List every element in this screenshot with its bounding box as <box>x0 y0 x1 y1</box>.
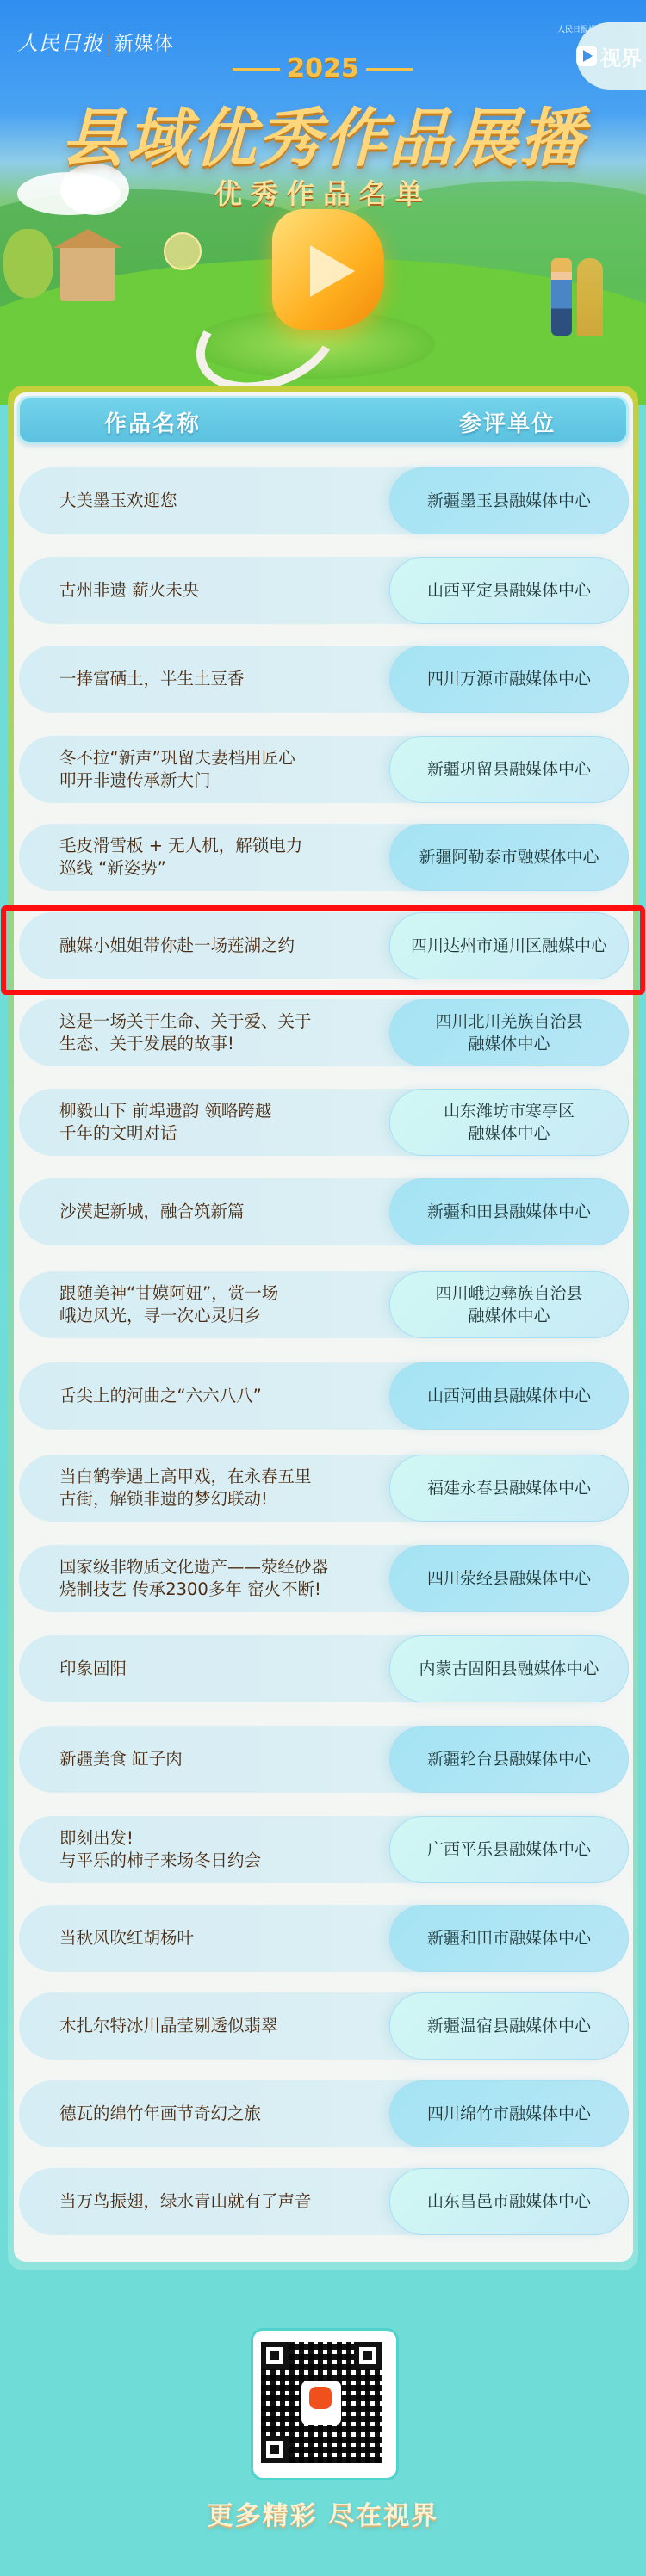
work-title: 古州非遗 薪火未央 <box>59 557 387 624</box>
work-unit: 四川北川羌族自治县 融媒体中心 <box>389 999 629 1066</box>
work-unit: 四川荥经县融媒体中心 <box>389 1545 629 1612</box>
work-unit: 内蒙古固阳县融媒体中心 <box>389 1635 629 1702</box>
work-unit: 新疆温宿县融媒体中心 <box>389 1992 629 2060</box>
work-unit: 山东昌邑市融媒体中心 <box>389 2168 629 2235</box>
table-row[interactable]: 木扎尔特冰川晶莹剔透似翡翠新疆温宿县融媒体中心 <box>19 1992 629 2060</box>
work-unit: 新疆和田市融媒体中心 <box>389 1905 629 1972</box>
table-row[interactable]: 当万鸟振翅，绿水青山就有了声音山东昌邑市融媒体中心 <box>19 2168 629 2235</box>
table-row[interactable]: 新疆美食 缸子肉新疆轮台县融媒体中心 <box>19 1726 629 1793</box>
work-title: 柳毅山下 前埠遗韵 领略跨越 千年的文明对话 <box>59 1089 387 1156</box>
work-unit: 四川绵竹市融媒体中心 <box>389 2080 629 2147</box>
work-title: 当秋风吹红胡杨叶 <box>59 1905 387 1972</box>
table-row[interactable]: 大美墨玉欢迎您新疆墨玉县融媒体中心 <box>19 467 629 534</box>
table-row[interactable]: 毛皮滑雪板 + 无人机，解锁电力 巡线 “新姿势”新疆阿勒泰市融媒体中心 <box>19 824 629 891</box>
work-unit: 四川万源市融媒体中心 <box>389 646 629 713</box>
work-unit: 山西河曲县融媒体中心 <box>389 1362 629 1430</box>
work-unit: 四川达州市通川区融媒中心 <box>389 912 629 979</box>
work-title: 国家级非物质文化遗产——荥经砂器 烧制技艺 传承2300多年 窑火不断! <box>59 1545 387 1612</box>
play-logo-icon <box>272 209 384 330</box>
table-row[interactable]: 古州非遗 薪火未央山西平定县融媒体中心 <box>19 557 629 624</box>
work-title: 大美墨玉欢迎您 <box>59 467 387 534</box>
hero-banner: 人民日报新媒体 视界 人民日报视频客户端 2025 县域优秀作品展播 优秀作品名… <box>0 0 646 405</box>
work-unit: 山东潍坊市寒亭区 融媒体中心 <box>389 1089 629 1156</box>
brand-sub: 新媒体 <box>115 34 174 55</box>
work-title: 木扎尔特冰川晶莹剔透似翡翠 <box>59 1992 387 2060</box>
work-unit: 新疆阿勒泰市融媒体中心 <box>389 824 629 891</box>
table-row[interactable]: 当白鹤拳遇上高甲戏，在永春五里 古街，解锁非遗的梦幻联动!福建永春县融媒体中心 <box>19 1455 629 1522</box>
work-title: 毛皮滑雪板 + 无人机，解锁电力 巡线 “新姿势” <box>59 824 387 891</box>
year-text: 2025 <box>287 53 359 83</box>
work-unit: 新疆轮台县融媒体中心 <box>389 1726 629 1793</box>
work-unit: 山西平定县融媒体中心 <box>389 557 629 624</box>
work-title: 沙漠起新城，融合筑新篇 <box>59 1178 387 1245</box>
qr-finder <box>261 2342 289 2369</box>
table-row-highlighted[interactable]: 融媒小姐姐带你赴一场莲湖之约四川达州市通川区融媒中心 <box>19 912 629 979</box>
qr-code[interactable] <box>261 2342 382 2463</box>
work-title: 融媒小姐姐带你赴一场莲湖之约 <box>59 912 387 979</box>
work-title: 新疆美食 缸子肉 <box>59 1726 387 1793</box>
column-header-title: 作品名称 <box>104 406 201 438</box>
work-title: 印象固阳 <box>59 1635 387 1702</box>
table-row[interactable]: 这是一场关于生命、关于爱、关于 生态、关于发展的故事!四川北川羌族自治县 融媒体… <box>19 999 629 1066</box>
granary-illustration <box>60 241 115 301</box>
work-unit: 福建永春县融媒体中心 <box>389 1455 629 1522</box>
column-header-unit: 参评单位 <box>459 406 556 438</box>
work-title: 冬不拉“新声”巩留夫妻档用匠心 叩开非遗传承新大门 <box>59 736 387 803</box>
table-row[interactable]: 柳毅山下 前埠遗韵 领略跨越 千年的文明对话山东潍坊市寒亭区 融媒体中心 <box>19 1089 629 1156</box>
divider <box>366 68 413 71</box>
table-row[interactable]: 即刻出发! 与平乐的柿子来场冬日约会广西平乐县融媒体中心 <box>19 1816 629 1883</box>
work-title: 当万鸟振翅，绿水青山就有了声音 <box>59 2168 387 2235</box>
work-unit: 四川峨边彝族自治县 融媒体中心 <box>389 1271 629 1338</box>
work-title: 跟随美神“甘嫫阿妞”，赏一场 峨边风光，寻一次心灵归乡 <box>59 1271 387 1338</box>
table-row[interactable]: 舌尖上的河曲之“六六八八”山西河曲县融媒体中心 <box>19 1362 629 1430</box>
work-title: 德瓦的绵竹年画节奇幻之旅 <box>59 2080 387 2147</box>
work-unit: 新疆巩留县融媒体中心 <box>389 736 629 803</box>
work-title: 一捧富硒土，半生土豆香 <box>59 646 387 713</box>
table-header: 作品名称 参评单位 <box>17 396 629 444</box>
table-row[interactable]: 冬不拉“新声”巩留夫妻档用匠心 叩开非遗传承新大门新疆巩留县融媒体中心 <box>19 736 629 803</box>
brand-logo-left: 人民日报新媒体 <box>17 26 174 56</box>
work-title: 舌尖上的河曲之“六六八八” <box>59 1362 387 1430</box>
table-row[interactable]: 沙漠起新城，融合筑新篇新疆和田县融媒体中心 <box>19 1178 629 1245</box>
page-title: 县域优秀作品展播 <box>0 88 646 179</box>
table-row[interactable]: 一捧富硒土，半生土豆香四川万源市融媒体中心 <box>19 646 629 713</box>
thumbs-up-icon <box>164 232 202 270</box>
work-unit: 新疆和田县融媒体中心 <box>389 1178 629 1245</box>
brand-logo-right: 视界 人民日报视频客户端 <box>557 22 627 34</box>
brand-name: 人民日报 <box>17 31 103 55</box>
year-label: 2025 <box>0 53 646 83</box>
farmer-illustration <box>551 258 572 336</box>
work-title: 当白鹤拳遇上高甲戏，在永春五里 古街，解锁非遗的梦幻联动! <box>59 1455 387 1522</box>
qr-finder <box>261 2436 289 2463</box>
table-row[interactable]: 跟随美神“甘嫫阿妞”，赏一场 峨边风光，寻一次心灵归乡四川峨边彝族自治县 融媒体… <box>19 1271 629 1338</box>
table-row[interactable]: 德瓦的绵竹年画节奇幻之旅四川绵竹市融媒体中心 <box>19 2080 629 2147</box>
work-title: 这是一场关于生命、关于爱、关于 生态、关于发展的故事! <box>59 999 387 1066</box>
footer-slogan: 更多精彩 尽在视界 <box>0 2494 646 2532</box>
table-row[interactable]: 印象固阳内蒙古固阳县融媒体中心 <box>19 1635 629 1702</box>
tree-illustration <box>3 229 53 298</box>
work-unit: 广西平乐县融媒体中心 <box>389 1816 629 1883</box>
table-row[interactable]: 国家级非物质文化遗产——荥经砂器 烧制技艺 传承2300多年 窑火不断!四川荥经… <box>19 1545 629 1612</box>
divider <box>109 34 109 56</box>
wheat-illustration <box>577 258 603 336</box>
page-subtitle: 优秀作品名单 <box>0 172 646 212</box>
table-row[interactable]: 当秋风吹红胡杨叶新疆和田市融媒体中心 <box>19 1905 629 1972</box>
work-unit: 新疆墨玉县融媒体中心 <box>389 467 629 534</box>
app-logo-icon <box>301 2381 341 2425</box>
work-title: 即刻出发! 与平乐的柿子来场冬日约会 <box>59 1816 387 1883</box>
qr-finder <box>354 2342 382 2369</box>
divider <box>233 68 280 71</box>
